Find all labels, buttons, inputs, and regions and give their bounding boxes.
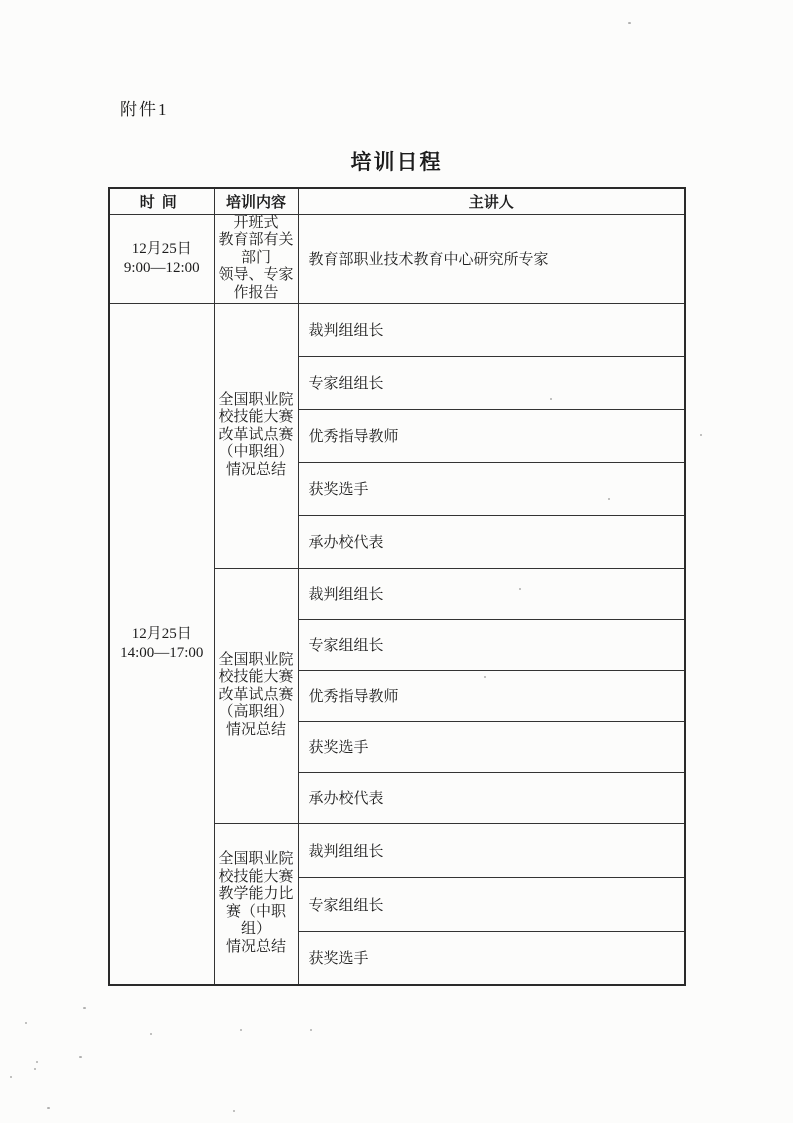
schedule-table: 时间 培训内容 主讲人 12月25日 9:00—12:00 开班式 教育部有关 … — [108, 187, 686, 986]
scan-speck — [700, 434, 702, 436]
scan-speck — [34, 1068, 36, 1070]
speaker-cell: 承办校代表 — [298, 515, 685, 568]
scan-speck — [25, 1022, 27, 1024]
speaker-cell: 优秀指导教师 — [298, 670, 685, 721]
scan-speck — [484, 676, 486, 678]
scan-speck — [150, 1033, 152, 1035]
speaker-cell: 教育部职业技术教育中心研究所专家 — [298, 214, 685, 303]
speaker-cell: 裁判组组长 — [298, 823, 685, 877]
content-cell: 全国职业院 校技能大赛 改革试点赛 （中职组） 情况总结 — [214, 303, 298, 568]
page-title: 培训日程 — [0, 146, 793, 176]
scan-speck — [79, 1056, 82, 1058]
speaker-cell: 裁判组组长 — [298, 303, 685, 356]
scan-speck — [240, 1029, 242, 1031]
scan-speck — [608, 498, 610, 500]
header-speaker: 主讲人 — [298, 188, 685, 214]
attachment-label: 附件1 — [120, 95, 169, 120]
scan-speck — [233, 1110, 235, 1112]
scan-speck — [519, 588, 521, 590]
time-cell: 12月25日 14:00—17:00 — [109, 303, 214, 985]
speaker-cell: 获奖选手 — [298, 462, 685, 515]
speaker-cell: 专家组组长 — [298, 619, 685, 670]
scan-speck — [36, 1061, 38, 1063]
speaker-cell: 专家组组长 — [298, 356, 685, 409]
scan-speck — [550, 398, 552, 400]
content-cell: 全国职业院 校技能大赛 教学能力比 赛（中职组） 情况总结 — [214, 823, 298, 985]
speaker-cell: 获奖选手 — [298, 721, 685, 772]
scan-speck — [47, 1107, 50, 1109]
content-cell: 全国职业院 校技能大赛 改革试点赛 （高职组） 情况总结 — [214, 568, 298, 823]
table-header-row: 时间 培训内容 主讲人 — [109, 188, 685, 214]
time-cell: 12月25日 9:00—12:00 — [109, 214, 214, 303]
speaker-cell: 优秀指导教师 — [298, 409, 685, 462]
content-cell: 开班式 教育部有关 部门 领导、专家 作报告 — [214, 214, 298, 303]
scan-speck — [310, 1029, 312, 1031]
scan-speck — [628, 22, 631, 24]
table-row: 12月25日 9:00—12:00 开班式 教育部有关 部门 领导、专家 作报告… — [109, 214, 685, 303]
header-content: 培训内容 — [214, 188, 298, 214]
scan-speck — [10, 1076, 12, 1078]
speaker-cell: 裁判组组长 — [298, 568, 685, 619]
speaker-cell: 专家组组长 — [298, 877, 685, 931]
speaker-cell: 获奖选手 — [298, 931, 685, 985]
header-time: 时间 — [109, 188, 214, 214]
scan-speck — [83, 1007, 86, 1009]
speaker-cell: 承办校代表 — [298, 772, 685, 823]
table-row: 12月25日 14:00—17:00 全国职业院 校技能大赛 改革试点赛 （中职… — [109, 303, 685, 356]
document-page: 附件1 培训日程 时间 培训内容 主讲人 12月25日 9:00—12:00 开… — [0, 0, 793, 1123]
